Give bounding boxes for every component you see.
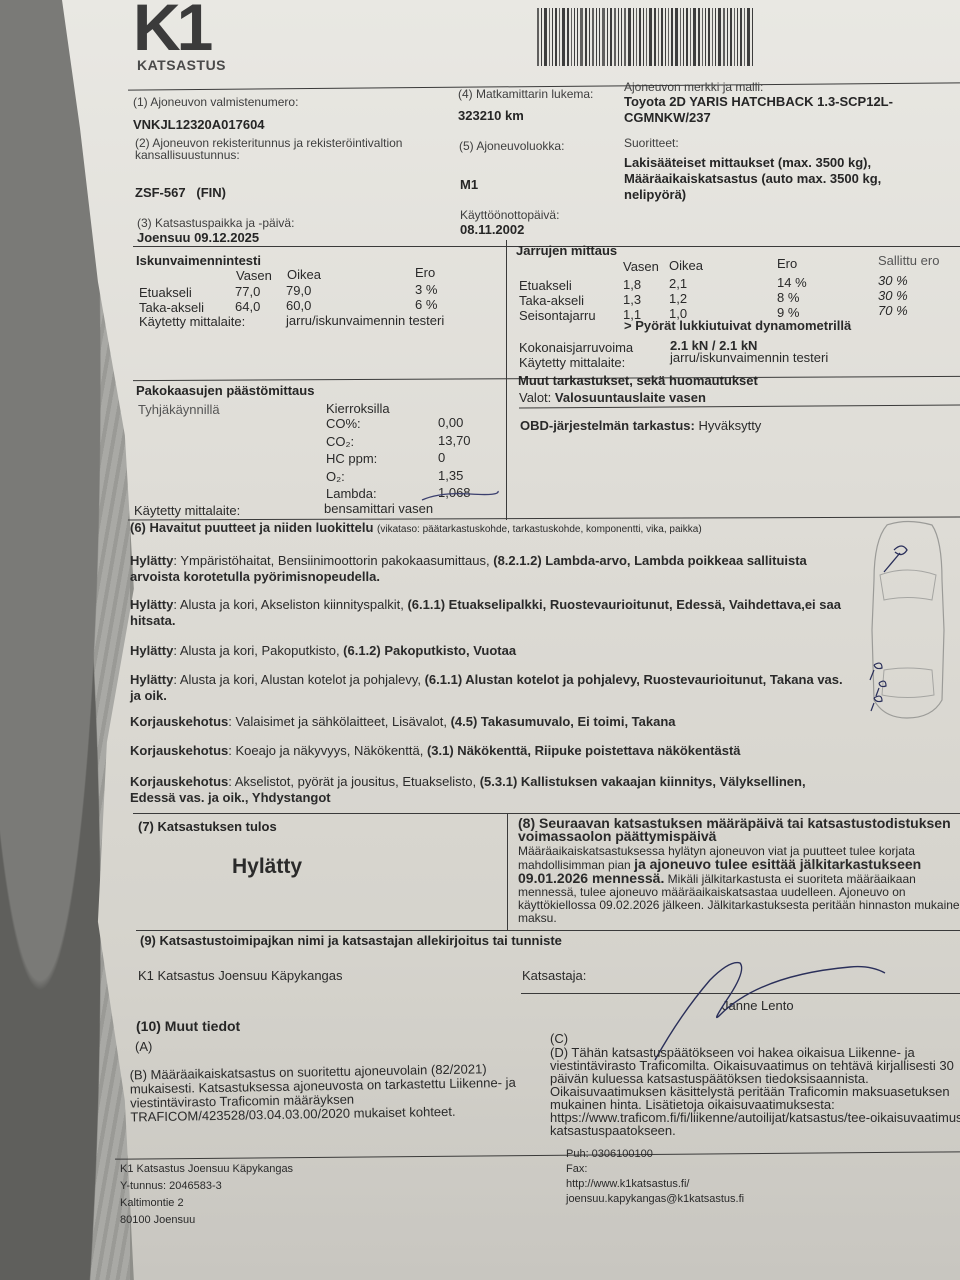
footer-street: Kaltimontie 2 (120, 1195, 293, 1212)
shock-row-right: 79,0 (286, 283, 311, 298)
footer-company: K1 Katsastus Joensuu Käpykangas (120, 1161, 293, 1178)
emission-row-value: 13,70 (438, 433, 471, 448)
defect-category: : Koeajo ja näkyvyys, Näkökenttä, (228, 743, 427, 758)
defect-detail: (6.1.2) Pakoputkisto, Vuotaa (343, 643, 516, 658)
make-model-line1: Toyota 2D YARIS HATCHBACK 1.3-SCP12L- (624, 94, 893, 109)
make-model-label: Ajoneuvon merkki ja malli: (624, 80, 763, 94)
defect-category: : Akselistot, pyörät ja jousitus, Etuaks… (228, 774, 479, 789)
brake-row-left: 1,8 (623, 277, 641, 292)
shock-row-right: 60,0 (286, 298, 311, 313)
brake-row-label: Taka-akseli (519, 293, 584, 308)
defect-level: Hylätty (130, 553, 173, 568)
other-info-title: (10) Muut tiedot (136, 1018, 240, 1034)
shock-row-left: 64,0 (235, 299, 260, 314)
brake-row-right: 2,1 (669, 276, 687, 291)
column-divider (506, 240, 507, 520)
shock-row-diff: 6 % (415, 297, 437, 312)
col-right: Oikea (287, 267, 321, 282)
services-label: Suoritteet: (624, 136, 679, 150)
make-model-line2: CGMNKW/237 (624, 110, 711, 125)
defect-level: Hylätty (130, 597, 173, 612)
emission-row-label: Lambda: (326, 486, 377, 501)
other-info-b: (B) Määräaikaiskatsastus on suoritettu a… (130, 1062, 531, 1125)
services-line2: Määräaikaiskatsastus (auto max. 3500 kg, (624, 171, 881, 186)
defect-detail: (4.5) Takasumuvalo, Ei toimi, Takana (451, 714, 676, 729)
shock-row-diff: 3 % (415, 282, 437, 297)
defect-level: Korjauskehotus (130, 743, 228, 758)
lights-line: Valot: Valosuuntauslaite vasen (519, 390, 706, 405)
footer-contact: Puh: 0306100100 Fax: http://www.k1katsas… (566, 1147, 744, 1207)
brake-row-allowed: 30 % (878, 288, 908, 303)
emission-row-value: 0,00 (438, 415, 463, 430)
total-brake-label: Kokonaisjarruvoima (519, 340, 633, 355)
emission-row-label: CO%: (326, 416, 361, 431)
col-left: Vasen (236, 268, 272, 283)
shock-test-title: Iskunvaimennintesti (136, 253, 261, 268)
vehicle-class-value: M1 (460, 177, 478, 192)
shock-row-label: Etuakseli (139, 285, 192, 300)
other-info-c: (C) (550, 1031, 568, 1046)
brake-row-allowed: 70 % (878, 303, 908, 318)
emission-row-label: O₂: (326, 469, 345, 484)
car-diagram-icon (862, 520, 952, 720)
place-value: Joensuu 09.12.2025 (137, 230, 259, 245)
shock-device-value: jarru/iskunvaimennin testeri (286, 313, 444, 328)
vin-label: (1) Ajoneuvon valmistenumero: (133, 95, 298, 109)
lights-label: Valot: (519, 390, 551, 405)
column-divider (507, 813, 508, 931)
brake-row-allowed: 30 % (878, 273, 908, 288)
inspector-label: Katsastaja: (522, 968, 586, 983)
defect-item: Korjauskehotus: Valaisimet ja sähkölaitt… (130, 714, 850, 730)
brake-row-diff: 14 % (777, 275, 807, 290)
footer-city: 80100 Joensuu (120, 1212, 293, 1229)
col-diff: Ero (777, 256, 797, 271)
footer-fax: Fax: (566, 1162, 744, 1177)
emissions-title: Pakokaasujen päästömittaus (136, 383, 314, 398)
shock-device-label: Käytetty mittalaite: (139, 314, 245, 329)
col-right: Oikea (669, 258, 703, 273)
emission-device-value: bensamittari vasen (324, 501, 433, 516)
logo-subtitle: KATSASTUS (137, 57, 226, 73)
divider (133, 813, 960, 814)
first-use-value: 08.11.2002 (460, 222, 524, 237)
footer-email-link[interactable]: joensuu.kapykangas@k1katsastus.fi (566, 1192, 744, 1207)
divider (136, 930, 960, 931)
vin-value: VNKJL12320A017604 (133, 117, 265, 132)
pen-underline-icon (420, 488, 500, 502)
defects-title: (6) Havaitut puutteet ja niiden luokitte… (130, 520, 373, 535)
next-inspection-section: (8) Seuraavan katsastuksen määräpäivä ta… (518, 817, 960, 925)
rpm-label: Kierroksilla (326, 401, 390, 416)
emission-row-label: CO₂: (326, 434, 354, 449)
defect-item: Korjauskehotus: Koeajo ja näkyvyys, Näkö… (130, 743, 850, 759)
defect-item: Hylätty: Alusta ja kori, Pakoputkisto, (… (130, 643, 850, 659)
defect-category: : Alusta ja kori, Pakoputkisto, (173, 643, 343, 658)
other-checks-title: Muut tarkastukset, sekä huomautukset (518, 373, 758, 388)
station-name: K1 Katsastus Joensuu Käpykangas (138, 968, 343, 983)
barcode-icon (537, 8, 859, 66)
col-diff: Ero (415, 265, 435, 280)
obd-value: Hyväksytty (698, 418, 761, 433)
shock-row-left: 77,0 (235, 284, 260, 299)
odometer-value: 323210 km (458, 108, 524, 123)
footer-phone: Puh: 0306100100 (566, 1147, 744, 1162)
brake-device-label: Käytetty mittalaite: (519, 355, 625, 370)
brake-row-label: Seisontajarru (519, 308, 596, 323)
brake-row-diff: 8 % (777, 290, 799, 305)
odometer-label: (4) Matkamittarin lukema: (458, 87, 593, 101)
next-inspection-text: Määräaikaiskatsastuksessa hylätyn ajoneu… (518, 845, 960, 925)
idle-label: Tyhjäkäynnillä (138, 402, 220, 417)
defects-header: (6) Havaitut puutteet ja niiden luokitte… (130, 520, 702, 535)
defect-level: Hylätty (130, 643, 173, 658)
defect-level: Korjauskehotus (130, 774, 228, 789)
emission-device-label: Käytetty mittalaite: (134, 503, 240, 518)
first-use-label: Käyttöönottopäivä: (460, 208, 559, 222)
footer-web-link[interactable]: http://www.k1katsastus.fi/ (566, 1177, 744, 1192)
other-info-d: (D) Tähän katsastuspäätökseen voi hakea … (550, 1046, 960, 1137)
brake-note: > Pyörät lukkiutuivat dynamometrillä (624, 318, 851, 333)
brake-test-title: Jarrujen mittaus (516, 243, 617, 258)
col-left: Vasen (623, 259, 659, 274)
shock-row-label: Taka-akseli (139, 300, 204, 315)
defect-item: Hylätty: Alusta ja kori, Akseliston kiin… (130, 597, 850, 629)
result-value: Hylätty (232, 855, 302, 879)
brake-device-value: jarru/iskunvaimennin testeri (670, 350, 828, 365)
emission-row-value: 0 (438, 450, 445, 465)
defect-category: : Valaisimet ja sähkölaitteet, Lisävalot… (228, 714, 450, 729)
k1-logo: K1 (133, 0, 209, 54)
vehicle-class-label: (5) Ajoneuvoluokka: (459, 139, 564, 153)
footer-address: K1 Katsastus Joensuu Käpykangas Y-tunnus… (120, 1161, 293, 1229)
defect-item: Hylätty: Ympäristöhaitat, Bensiinimootto… (130, 553, 850, 585)
emission-row-label: HC ppm: (326, 451, 377, 466)
defect-level: Hylätty (130, 672, 173, 687)
obd-label: OBD-järjestelmän tarkastus: (520, 418, 695, 433)
defect-level: Korjauskehotus (130, 714, 228, 729)
result-title: (7) Katsastuksen tulos (138, 819, 277, 834)
emission-row-value: 1,35 (438, 468, 463, 483)
other-info-a: (A) (135, 1039, 152, 1054)
brake-row-left: 1,3 (623, 292, 641, 307)
obd-line: OBD-järjestelmän tarkastus: Hyväksytty (520, 418, 761, 433)
registration-label: (2) Ajoneuvon rekisteritunnus ja rekiste… (135, 137, 435, 161)
defect-category: : Alusta ja kori, Akseliston kiinnityspa… (173, 597, 407, 612)
footer-business-id: Y-tunnus: 2046583-3 (120, 1178, 293, 1195)
col-allowed: Sallittu ero (878, 253, 939, 268)
registration-value: ZSF-567 (FIN) (135, 185, 226, 200)
defect-category: : Ympäristöhaitat, Bensiinimoottorin pak… (173, 553, 493, 568)
lights-value: Valosuuntauslaite vasen (555, 390, 706, 405)
defect-item: Hylätty: Alusta ja kori, Alustan kotelot… (130, 672, 850, 704)
defect-detail: (3.1) Näkökenttä, Riipuke poistettava nä… (427, 743, 741, 758)
services-line3: nelipyörä) (624, 187, 686, 202)
defects-subtitle: (vikataso: päätarkastuskohde, tarkastusk… (377, 524, 702, 535)
place-label: (3) Katsastuspaikka ja -päivä: (137, 216, 294, 230)
signature-title: (9) Katsastustoimipajkan nimi ja katsast… (140, 933, 562, 948)
next-inspection-title: (8) Seuraavan katsastuksen määräpäivä ta… (518, 817, 960, 843)
defect-category: : Alusta ja kori, Alustan kotelot ja poh… (173, 672, 424, 687)
brake-row-label: Etuakseli (519, 278, 572, 293)
defect-item: Korjauskehotus: Akselistot, pyörät ja jo… (130, 774, 850, 806)
brake-row-right: 1,2 (669, 291, 687, 306)
services-line1: Lakisääteiset mittaukset (max. 3500 kg), (624, 155, 871, 170)
